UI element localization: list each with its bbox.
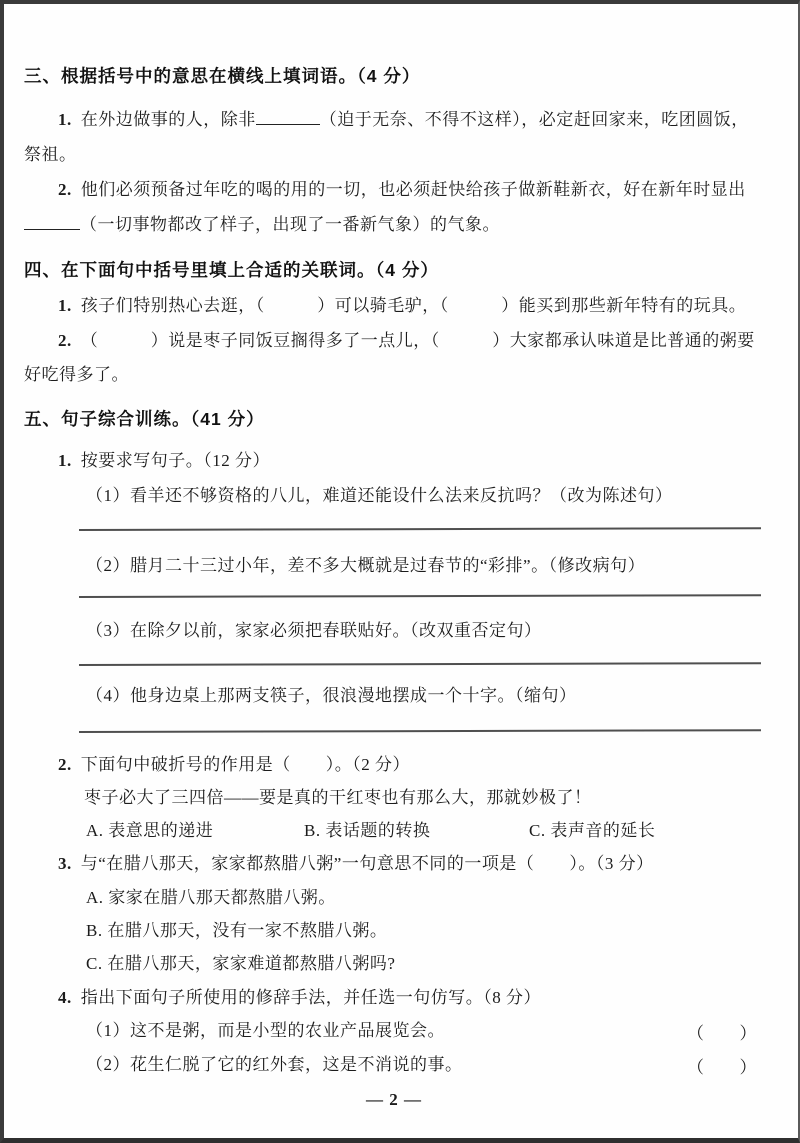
q5-1-sub4: （4）他身边桌上那两支筷子，很浪漫地摆成一个十字。（缩句） — [86, 684, 577, 708]
q5-item1-title-text: 按要求写句子。（12 分） — [81, 451, 270, 470]
q5-item2-options: A. 表意思的递进 B. 表话题的转换 C. 表声音的延长 — [86, 819, 766, 843]
q5-item4-sub1: （1）这不是粥，而是小型的农业产品展览会。 — [86, 1019, 445, 1043]
page-number: — 2 — — [4, 1090, 784, 1110]
fill-blank — [256, 124, 320, 125]
q5-1-sub1: （1）看羊还不够资格的八儿，难道还能设什么法来反抗吗？（改为陈述句） — [86, 484, 673, 508]
q4-item1-text: 孩子们特别热心去逛，（ ）可以骑毛驴，（ ）能买到那些新年特有的玩具。 — [81, 296, 747, 315]
q5-item4-sub2: （2）花生仁脱了它的红外套，这是不消说的事。 — [86, 1053, 463, 1077]
q3-item2-line1: 2.他们必须预备过年吃的喝的用的一切，也必须赶快给孩子做新鞋新衣，好在新年时显出 — [58, 178, 746, 202]
answer-line — [79, 594, 761, 598]
q5-item4-number: 4. — [58, 988, 72, 1007]
q5-item4-title: 4.指出下面句子所使用的修辞手法，并任选一句仿写。（8 分） — [58, 986, 541, 1010]
q4-item2-number: 2. — [58, 331, 72, 350]
q3-item1-number: 1. — [58, 110, 72, 129]
q4-item1: 1.孩子们特别热心去逛，（ ）可以骑毛驴，（ ）能买到那些新年特有的玩具。 — [58, 294, 746, 318]
q3-item1-text-pre: 在外边做事的人，除非 — [81, 110, 256, 129]
q5-item3-option-a: A. 家家在腊八那天都熬腊八粥。 — [86, 886, 336, 910]
q3-item1-line2: 祭祖。 — [24, 143, 77, 167]
q4-item2-line1: 2.（ ）说是枣子同饭豆搁得多了一点儿，（ ）大家都承认味道是比普通的粥要 — [58, 329, 755, 353]
q5-1-sub2: （2）腊月二十三过小年，差不多大概就是过春节的“彩排”。（修改病句） — [86, 554, 645, 578]
q4-item2-line2: 好吃得多了。 — [24, 363, 129, 387]
q5-item2-sentence: 枣子必大了三四倍——要是真的干红枣也有那么大，那就妙极了！ — [84, 786, 592, 810]
scanned-test-paper-page: 三、根据括号中的意思在横线上填词语。（4 分） 1.在外边做事的人，除非（迫于无… — [0, 0, 800, 1143]
q4-item2-text: （ ）说是枣子同饭豆搁得多了一点儿，（ ）大家都承认味道是比普通的粥要 — [81, 331, 755, 350]
q5-item2-title: 2.下面句中破折号的作用是（ ）。（2 分） — [58, 753, 410, 777]
fill-blank — [24, 229, 80, 230]
q5-item2-number: 2. — [58, 755, 72, 774]
q5-item3-option-b: B. 在腊八那天，没有一家不熬腊八粥。 — [86, 919, 387, 943]
answer-parentheses: （ ） — [687, 1019, 757, 1044]
q5-item3-title-text: 与“在腊八那天，家家都熬腊八粥”一句意思不同的一项是（ ）。（3 分） — [81, 854, 654, 873]
answer-parentheses: （ ） — [687, 1053, 757, 1078]
q5-item1-number: 1. — [58, 451, 72, 470]
q3-item2-number: 2. — [58, 180, 72, 199]
q4-item1-number: 1. — [58, 296, 72, 315]
q5-item2-option-b: B. 表话题的转换 — [304, 819, 430, 843]
answer-line — [79, 729, 761, 733]
q5-item1-title: 1.按要求写句子。（12 分） — [58, 449, 270, 473]
q5-item3-option-c: C. 在腊八那天，家家难道都熬腊八粥吗? — [86, 952, 395, 976]
q3-item2-text: 他们必须预备过年吃的喝的用的一切，也必须赶快给孩子做新鞋新衣，好在新年时显出 — [81, 180, 746, 199]
q3-item2-text-post: （一切事物都改了样子，出现了一番新气象）的气象。 — [80, 215, 500, 234]
q5-item2-option-c: C. 表声音的延长 — [529, 819, 655, 843]
section3-heading: 三、根据括号中的意思在横线上填词语。（4 分） — [24, 64, 420, 88]
section5-heading: 五、句子综合训练。（41 分） — [24, 407, 265, 431]
q3-item1-line1: 1.在外边做事的人，除非（迫于无奈、不得不这样），必定赶回家来，吃团圆饭， — [58, 108, 749, 132]
q5-item2-title-text: 下面句中破折号的作用是（ ）。（2 分） — [81, 755, 410, 774]
q5-item2-option-a: A. 表意思的递进 — [86, 821, 213, 840]
q5-item3-title: 3.与“在腊八那天，家家都熬腊八粥”一句意思不同的一项是（ ）。（3 分） — [58, 852, 654, 876]
section4-heading: 四、在下面句中括号里填上合适的关联词。（4 分） — [24, 258, 439, 282]
q5-item3-number: 3. — [58, 854, 72, 873]
answer-line — [79, 527, 761, 531]
q5-1-sub3: （3）在除夕以前，家家必须把春联贴好。（改双重否定句） — [86, 619, 542, 643]
q3-item2-line2: （一切事物都改了样子，出现了一番新气象）的气象。 — [24, 213, 500, 237]
answer-line — [79, 662, 761, 666]
q3-item1-text-post: （迫于无奈、不得不这样），必定赶回家来，吃团圆饭， — [320, 110, 749, 129]
q5-item4-title-text: 指出下面句子所使用的修辞手法，并任选一句仿写。（8 分） — [81, 988, 541, 1007]
